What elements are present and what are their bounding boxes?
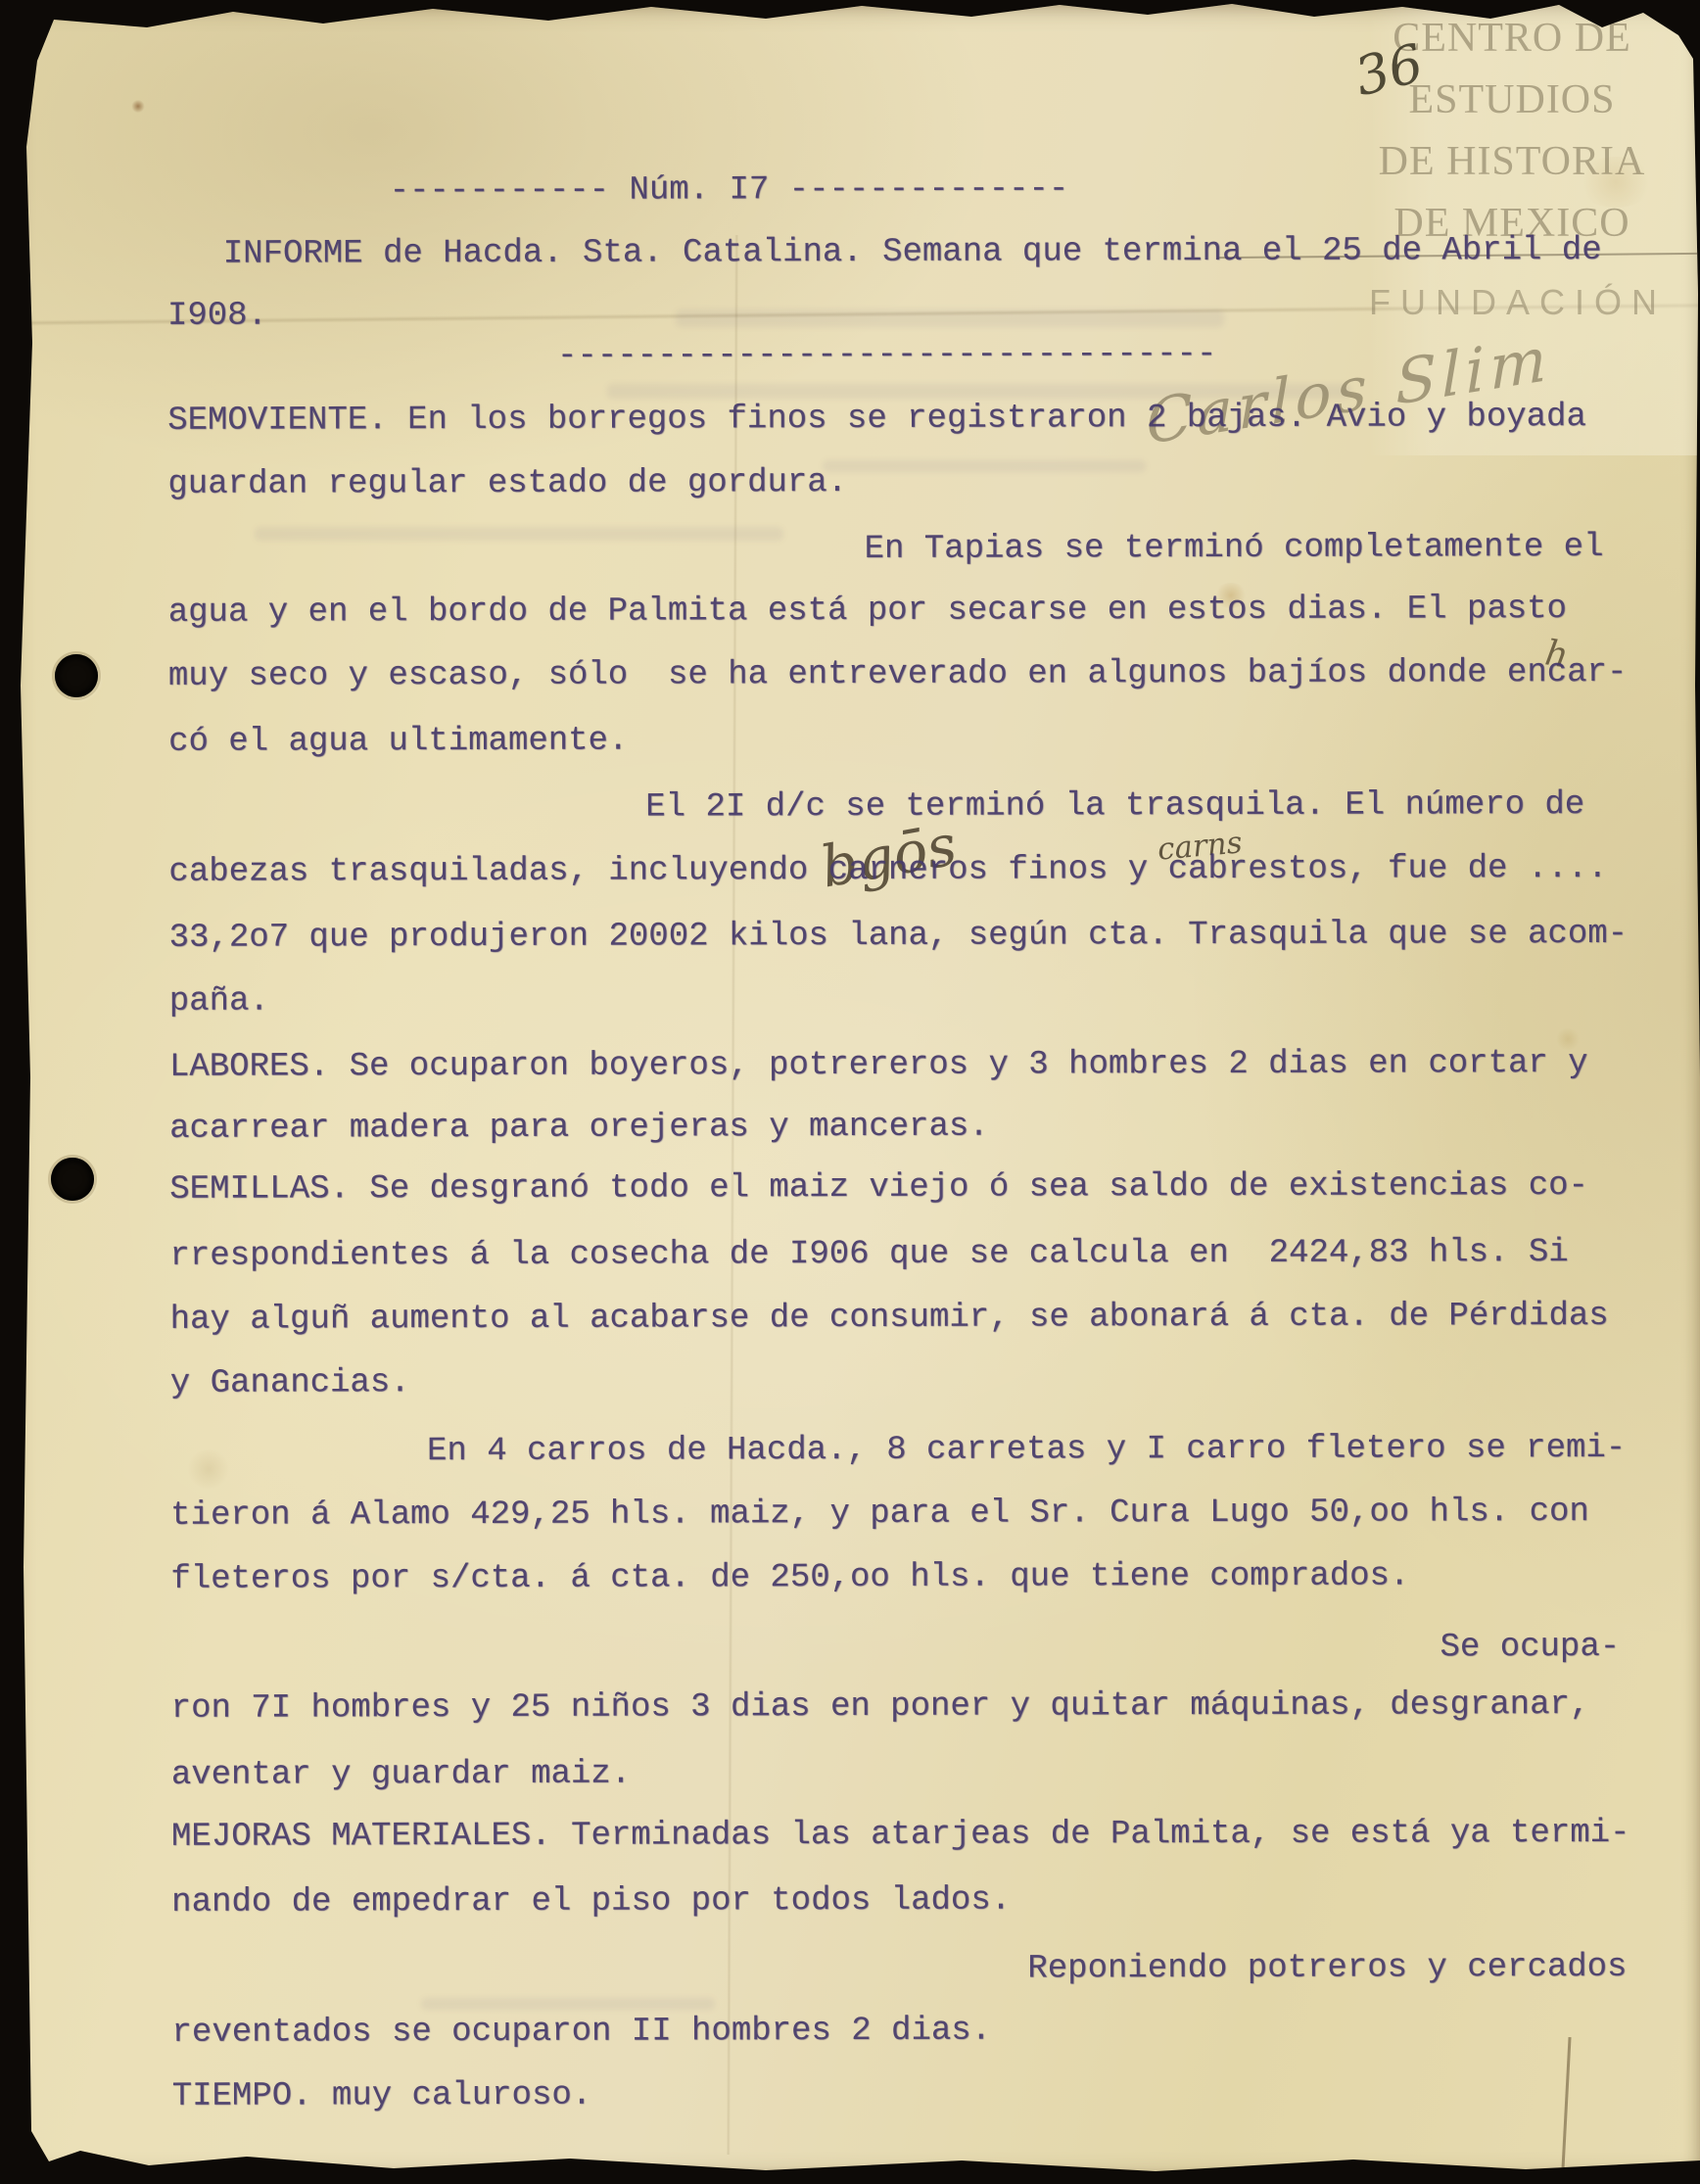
typed-line: acarrear madera para orejeras y manceras… bbox=[169, 1111, 989, 1146]
typed-line: Reponiendo potreros y cercados bbox=[1027, 1951, 1627, 1986]
typed-line: --------------------------------- bbox=[557, 338, 1216, 373]
typed-line: rrespondientes á la cosecha de I906 que … bbox=[169, 1236, 1568, 1273]
typed-line: nando de empedrar el piso por todos lado… bbox=[171, 1884, 1011, 1920]
typed-line: En Tapias se terminó completamente el bbox=[865, 531, 1604, 566]
typed-line: Se ocupa- bbox=[1440, 1631, 1620, 1664]
typed-line: ----------- Núm. I7 -------------- bbox=[390, 172, 1069, 208]
typed-line: cabezas trasquiladas, incluyendo carnero… bbox=[168, 852, 1607, 889]
typed-line: I908. bbox=[167, 300, 267, 333]
typewritten-report-text: ----------- Núm. I7 --------------INFORM… bbox=[0, 0, 1700, 2184]
typed-line: reventados se ocuparon II hombres 2 dias… bbox=[171, 2015, 991, 2050]
typed-line: LABORES. Se ocuparon boyeros, potrereros… bbox=[169, 1047, 1588, 1084]
typed-line: agua y en el bordo de Palmita está por s… bbox=[168, 593, 1567, 630]
typed-line: El 2I d/c se terminó la trasquila. El nú… bbox=[645, 788, 1584, 825]
typed-line: muy seco y escaso, sólo se ha entreverad… bbox=[168, 656, 1628, 693]
typed-line: MEJORAS MATERIALES. Terminadas las atarj… bbox=[171, 1817, 1630, 1854]
typed-line: ron 7I hombres y 25 niños 3 dias en pone… bbox=[171, 1688, 1590, 1726]
typed-line: SEMOVIENTE. En los borregos finos se reg… bbox=[167, 401, 1586, 438]
punch-hole bbox=[55, 654, 98, 697]
typed-line: En 4 carros de Hacda., 8 carretas y I ca… bbox=[427, 1432, 1626, 1468]
typed-line: có el agua ultimamente. bbox=[168, 725, 628, 759]
punch-hole bbox=[51, 1158, 94, 1201]
typed-line: y Ganancias. bbox=[170, 1366, 410, 1401]
typed-line: paña. bbox=[169, 985, 269, 1019]
typed-line: 33,2o7 que produjeron 20002 kilos lana, … bbox=[169, 918, 1629, 955]
typed-line: tieron á Alamo 429,25 hls. maiz, y para … bbox=[170, 1496, 1589, 1533]
typed-line: SEMILLAS. Se desgranó todo el maiz viejo… bbox=[169, 1169, 1588, 1207]
typed-line: fleteros por s/cta. á cta. de 250,oo hls… bbox=[170, 1560, 1409, 1596]
typed-line: TIEMPO. muy caluroso. bbox=[172, 2079, 592, 2113]
typed-line: INFORME de Hacda. Sta. Catalina. Semana … bbox=[223, 234, 1602, 271]
scan-background: CENTRO DE ESTUDIOS DE HISTORIA DE MEXICO… bbox=[0, 0, 1700, 2184]
typed-line: guardan regular estado de gordura. bbox=[167, 466, 847, 501]
document-page: CENTRO DE ESTUDIOS DE HISTORIA DE MEXICO… bbox=[0, 0, 1700, 2184]
typed-line: aventar y guardar maiz. bbox=[171, 1758, 631, 1792]
typed-line: hay alguñ aumento al acabarse de consumi… bbox=[170, 1300, 1609, 1337]
